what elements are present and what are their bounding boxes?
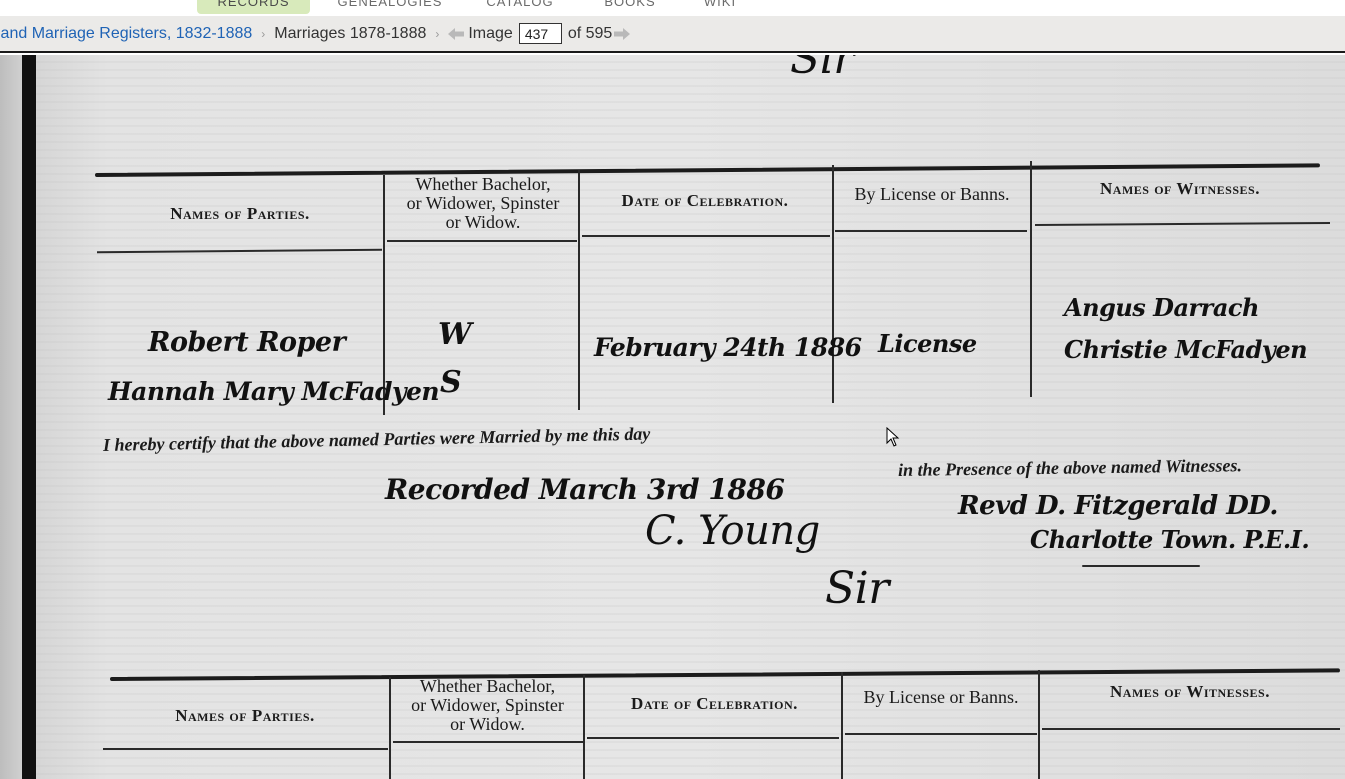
top-nav: Records Genealogies Catalog Books Wiki bbox=[0, 0, 1345, 16]
header-underline bbox=[103, 748, 388, 750]
header-license-or-banns-2: By License or Banns. bbox=[842, 688, 1040, 707]
arrow-right-icon[interactable] bbox=[614, 28, 630, 40]
tab-books[interactable]: Books bbox=[590, 0, 670, 14]
license-or-banns-value: License bbox=[878, 329, 977, 358]
header-underline bbox=[845, 733, 1037, 735]
header-underline bbox=[393, 741, 583, 743]
header-names-of-witnesses: Names of Witnesses. bbox=[1050, 180, 1310, 198]
registrar-signature: C. Young bbox=[645, 508, 820, 554]
page-edge bbox=[0, 55, 22, 779]
party-2-condition: S bbox=[440, 365, 461, 400]
header-condition: Whether Bachelor, or Widower, Spinster o… bbox=[383, 175, 583, 232]
column-divider bbox=[389, 677, 391, 779]
arrow-left-icon[interactable] bbox=[448, 28, 464, 40]
image-number-input[interactable] bbox=[519, 23, 562, 44]
officiant-location: Charlotte Town. P.E.I. bbox=[1030, 525, 1309, 554]
header-condition-2: Whether Bachelor, or Widower, Spinster o… bbox=[390, 677, 585, 734]
party-1-name: Robert Roper bbox=[148, 327, 345, 358]
officiant-signature: Revd D. Fitzgerald DD. bbox=[958, 491, 1278, 521]
header-condition-line-3: or Widow. bbox=[390, 715, 585, 734]
column-divider bbox=[832, 165, 834, 403]
column-divider bbox=[1030, 161, 1032, 397]
header-names-of-parties-2: Names of Parties. bbox=[120, 707, 370, 725]
header-names-of-parties: Names of Parties. bbox=[120, 205, 360, 223]
header-condition-line-1: Whether Bachelor, bbox=[390, 677, 585, 696]
mouse-cursor-icon bbox=[886, 427, 900, 447]
header-condition-line-3: or Widow. bbox=[383, 213, 583, 232]
tab-catalog[interactable]: Catalog bbox=[470, 0, 570, 14]
header-underline bbox=[582, 235, 830, 237]
page-binding bbox=[22, 55, 36, 779]
header-date-of-celebration: Date of Celebration. bbox=[585, 192, 825, 210]
breadcrumb-separator: › bbox=[261, 27, 265, 41]
header-condition-line-2: or Widower, Spinster bbox=[383, 194, 583, 213]
party-1-condition: W bbox=[438, 317, 471, 352]
registrar-title: Sir bbox=[825, 563, 889, 614]
column-divider bbox=[841, 672, 843, 779]
witness-1-name: Angus Darrach bbox=[1064, 293, 1259, 322]
column-divider bbox=[583, 675, 585, 779]
header-underline bbox=[1042, 728, 1340, 730]
column-divider bbox=[1038, 670, 1040, 779]
flourish-underline bbox=[1082, 565, 1200, 567]
tab-wiki[interactable]: Wiki bbox=[695, 0, 745, 14]
breadcrumb-collection-link[interactable]: land Marriage Registers, 1832-1888 bbox=[0, 25, 252, 43]
witness-2-name: Christie McFadyen bbox=[1064, 335, 1307, 364]
breadcrumb: land Marriage Registers, 1832-1888 › Mar… bbox=[0, 16, 1345, 53]
header-underline bbox=[387, 240, 577, 242]
header-condition-line-2: or Widower, Spinster bbox=[390, 696, 585, 715]
image-total: of 595 bbox=[568, 25, 612, 43]
date-of-celebration: February 24th 1886 bbox=[594, 333, 862, 362]
header-underline bbox=[587, 737, 839, 739]
header-underline bbox=[835, 230, 1027, 232]
image-viewer[interactable]: Sir Names of Parties. Whether Bachelor, … bbox=[0, 55, 1345, 779]
breadcrumb-separator: › bbox=[435, 27, 439, 41]
party-2-name: Hannah Mary McFadyen bbox=[108, 377, 439, 406]
column-divider bbox=[578, 170, 580, 410]
tab-records[interactable]: Records bbox=[197, 0, 310, 14]
image-label: Image bbox=[468, 25, 512, 43]
header-names-of-witnesses-2: Names of Witnesses. bbox=[1060, 683, 1320, 701]
header-condition-line-1: Whether Bachelor, bbox=[383, 175, 583, 194]
tab-genealogies[interactable]: Genealogies bbox=[320, 0, 460, 14]
breadcrumb-volume[interactable]: Marriages 1878-1888 bbox=[274, 25, 426, 43]
signature-fragment-top: Sir bbox=[790, 55, 854, 84]
recorded-date: Recorded March 3rd 1886 bbox=[385, 473, 784, 506]
header-license-or-banns: By License or Banns. bbox=[832, 185, 1032, 204]
header-date-of-celebration-2: Date of Celebration. bbox=[592, 695, 837, 713]
